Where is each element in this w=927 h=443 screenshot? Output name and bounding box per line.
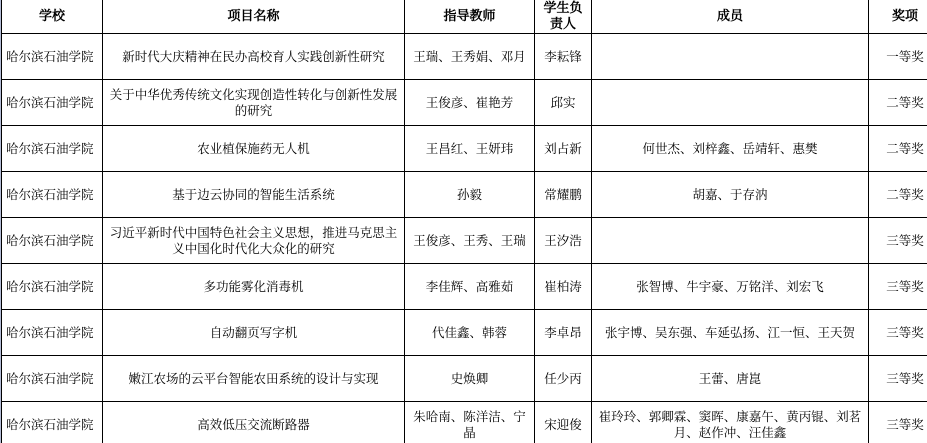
cell-leader: 崔柏涛 [535, 264, 592, 310]
cell-school: 哈尔滨石油学院 [2, 34, 103, 80]
cell-leader: 任少丙 [535, 356, 592, 402]
cell-members: 张宇博、吴东强、车延弘扬、江一恒、王天贺 [592, 310, 869, 356]
awards-table: 学校 项目名称 指导教师 学生负责人 成员 奖项 哈尔滨石油学院新时代大庆精神在… [1, 0, 927, 443]
cell-project: 高效低压交流断路器 [103, 402, 405, 443]
header-school: 学校 [2, 0, 103, 34]
cell-leader: 李卓昂 [535, 310, 592, 356]
cell-project: 基于边云协同的智能生活系统 [103, 172, 405, 218]
cell-project: 习近平新时代中国特色社会主义思想，推进马克思主义中国化时代化大众化的研究 [103, 218, 405, 264]
table-row: 哈尔滨石油学院新时代大庆精神在民办高校育人实践创新性研究王瑞、王秀娟、邓月李耘锋… [2, 34, 927, 80]
cell-leader: 宋迎俊 [535, 402, 592, 443]
cell-leader: 刘占新 [535, 126, 592, 172]
cell-leader: 王汐浩 [535, 218, 592, 264]
cell-advisors: 史焕卿 [405, 356, 535, 402]
table-row: 哈尔滨石油学院多功能雾化消毒机李佳辉、高雅茹崔柏涛张智博、牛宇豪、万铭洋、刘宏飞… [2, 264, 927, 310]
cell-award: 二等奖 [869, 80, 927, 126]
cell-members: 胡嘉、于存汭 [592, 172, 869, 218]
cell-advisors: 王俊彦、崔艳芳 [405, 80, 535, 126]
table-row: 哈尔滨石油学院关于中华优秀传统文化实现创造性转化与创新性发展的研究王俊彦、崔艳芳… [2, 80, 927, 126]
header-award: 奖项 [869, 0, 927, 34]
cell-award: 三等奖 [869, 356, 927, 402]
cell-members [592, 80, 869, 126]
cell-members: 崔玲玲、郭卿霖、窦晖、康嘉午、黄丙锟、刘茗月、赵作冲、汪佳鑫 [592, 402, 869, 443]
cell-members [592, 218, 869, 264]
cell-award: 二等奖 [869, 126, 927, 172]
cell-members: 王蕾、唐崑 [592, 356, 869, 402]
cell-members [592, 34, 869, 80]
cell-advisors: 孙毅 [405, 172, 535, 218]
cell-advisors: 代佳鑫、韩蓉 [405, 310, 535, 356]
cell-school: 哈尔滨石油学院 [2, 80, 103, 126]
table-row: 哈尔滨石油学院嫩江农场的云平台智能农田系统的设计与实现史焕卿任少丙王蕾、唐崑三等… [2, 356, 927, 402]
table-row: 哈尔滨石油学院农业植保施药无人机王昌红、王妍玮刘占新何世杰、刘梓鑫、岳靖轩、惠樊… [2, 126, 927, 172]
cell-project: 农业植保施药无人机 [103, 126, 405, 172]
cell-school: 哈尔滨石油学院 [2, 264, 103, 310]
table-row: 哈尔滨石油学院基于边云协同的智能生活系统孙毅常耀鹏胡嘉、于存汭二等奖 [2, 172, 927, 218]
cell-leader: 常耀鹏 [535, 172, 592, 218]
cell-members: 何世杰、刘梓鑫、岳靖轩、惠樊 [592, 126, 869, 172]
cell-school: 哈尔滨石油学院 [2, 310, 103, 356]
cell-leader: 李耘锋 [535, 34, 592, 80]
header-advisors: 指导教师 [405, 0, 535, 34]
cell-leader: 邱实 [535, 80, 592, 126]
cell-school: 哈尔滨石油学院 [2, 356, 103, 402]
table-row: 哈尔滨石油学院高效低压交流断路器朱哈南、陈洋洁、宁晶宋迎俊崔玲玲、郭卿霖、窦晖、… [2, 402, 927, 443]
cell-school: 哈尔滨石油学院 [2, 172, 103, 218]
cell-advisors: 李佳辉、高雅茹 [405, 264, 535, 310]
header-leader: 学生负责人 [535, 0, 592, 34]
cell-project: 新时代大庆精神在民办高校育人实践创新性研究 [103, 34, 405, 80]
cell-advisors: 王瑞、王秀娟、邓月 [405, 34, 535, 80]
cell-school: 哈尔滨石油学院 [2, 402, 103, 443]
cell-advisors: 王昌红、王妍玮 [405, 126, 535, 172]
cell-award: 二等奖 [869, 172, 927, 218]
cell-advisors: 朱哈南、陈洋洁、宁晶 [405, 402, 535, 443]
header-row: 学校 项目名称 指导教师 学生负责人 成员 奖项 [2, 0, 927, 34]
cell-project: 自动翻页写字机 [103, 310, 405, 356]
cell-award: 三等奖 [869, 264, 927, 310]
cell-members: 张智博、牛宇豪、万铭洋、刘宏飞 [592, 264, 869, 310]
cell-award: 三等奖 [869, 310, 927, 356]
header-members: 成员 [592, 0, 869, 34]
cell-school: 哈尔滨石油学院 [2, 126, 103, 172]
cell-award: 三等奖 [869, 218, 927, 264]
cell-award: 三等奖 [869, 402, 927, 443]
cell-project: 嫩江农场的云平台智能农田系统的设计与实现 [103, 356, 405, 402]
table-row: 哈尔滨石油学院自动翻页写字机代佳鑫、韩蓉李卓昂张宇博、吴东强、车延弘扬、江一恒、… [2, 310, 927, 356]
cell-advisors: 王俊彦、王秀、王瑞 [405, 218, 535, 264]
cell-school: 哈尔滨石油学院 [2, 218, 103, 264]
cell-award: 一等奖 [869, 34, 927, 80]
header-project: 项目名称 [103, 0, 405, 34]
cell-project: 多功能雾化消毒机 [103, 264, 405, 310]
cell-project: 关于中华优秀传统文化实现创造性转化与创新性发展的研究 [103, 80, 405, 126]
table-row: 哈尔滨石油学院习近平新时代中国特色社会主义思想，推进马克思主义中国化时代化大众化… [2, 218, 927, 264]
